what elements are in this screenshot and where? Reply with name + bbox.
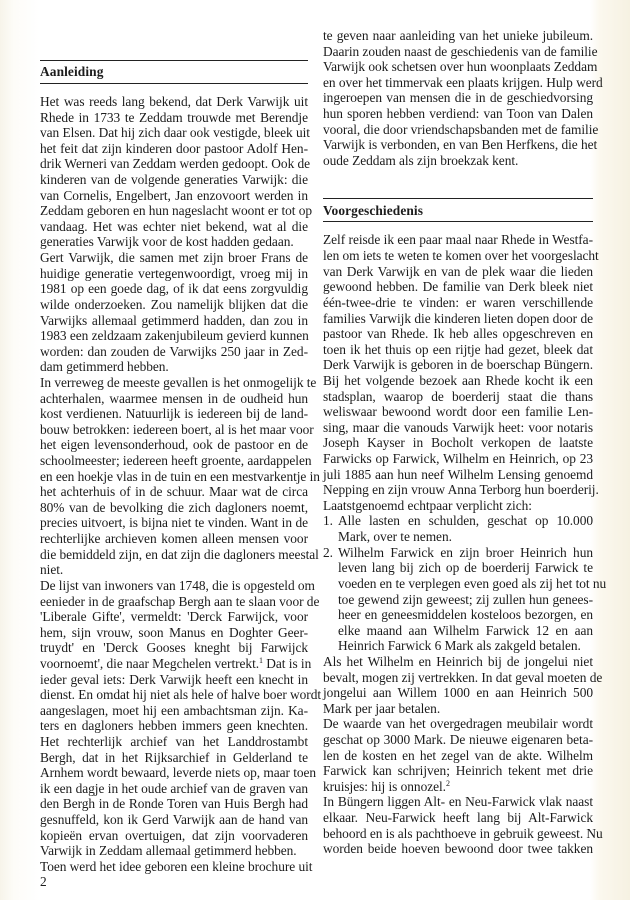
text-line: één-twee-drie te vinden: er waren versch…	[323, 295, 593, 311]
text-line: voornoemt', die naar Megchelen vertrekt.…	[40, 656, 308, 672]
paragraph-5-start: Toen werd het idee geboren een kleine br…	[40, 859, 308, 875]
paragraph-8: De waarde van het overgedragen meubilair…	[323, 716, 593, 794]
text-line: 80% van de bevolking die zich dagloners …	[40, 500, 308, 516]
text-line: Varwijk is verbonden, en van Ben Herfken…	[323, 137, 593, 153]
text-line: behoord en is als pachthoeve in gebruik …	[323, 826, 593, 842]
text-line: Bij het volgende bezoek aan Rhede kocht …	[323, 373, 593, 389]
text-line: juli 1885 aan hun neef Wilhelm Lensing g…	[323, 467, 593, 483]
text-line: Alle lasten en schulden, geschat op 10.0…	[338, 513, 593, 529]
text-line: Mark, over te nemen.	[338, 529, 593, 545]
text-line: en over het timmervak een plaats krijgen…	[323, 75, 593, 91]
text-line: kruisjes: hij is onnozel.2	[323, 779, 593, 795]
text-line: van Cornelis, Engelbert, Jan enzovoort w…	[40, 188, 308, 204]
text-line: kost verdienen. Natuurlijk is iedereen b…	[40, 406, 308, 422]
text-line: leven lang bij zich op de boerderij Farw…	[338, 560, 593, 576]
text-line: drik Werneri van Zeddam werden gedoopt. …	[40, 156, 308, 172]
text-line: bouw betrokken: iedereen boert, al is he…	[40, 422, 308, 438]
text-line: ters en dagloners hebben immers geen kne…	[40, 718, 308, 734]
paragraph-7: Als het Wilhelm en Heinrich bij de jonge…	[323, 654, 593, 716]
text-line: rechterlijke archieven komen alleen mens…	[40, 531, 308, 547]
text-line: aangeslagen, moet hij een ambachtsman zi…	[40, 703, 308, 719]
text-line: Zeddam geboren en hun nageslacht woont e…	[40, 203, 308, 219]
text-line: Het was reeds lang bekend, dat Derk Varw…	[40, 94, 308, 110]
text-line: len om iets te weten te komen over het v…	[323, 248, 593, 264]
paragraph-4: De lijst van inwoners van 1748, die is o…	[40, 578, 308, 859]
text-line: het feit dat zijn kinderen door pastoor …	[40, 141, 308, 157]
section-title: Aanleiding	[40, 64, 104, 80]
list-number: 1.	[323, 513, 333, 529]
list-number: 2.	[323, 545, 333, 561]
text-line: In Büngern liggen Alt- en Neu-Farwick vl…	[323, 794, 593, 810]
text-line: gewoond hebben. De familie van Derk blee…	[323, 279, 593, 295]
text-line: het achterhuis of in de schuur. Maar wat…	[40, 484, 308, 500]
list-item-2: 2. Wilhelm Farwick en zijn broer Heinric…	[323, 545, 593, 654]
list-item-1: 1. Alle lasten en schulden, geschat op 1…	[323, 513, 593, 544]
text-line: bevalt, mogen zij vertrekken. In dat gev…	[323, 670, 593, 686]
text-line: sing, maar die vanouds Varwijk heet: voo…	[323, 420, 593, 436]
text-line: 1981 op een goede dag, of ik dat eens zo…	[40, 281, 308, 297]
text-line: Het rechterlijk archief van het Landdros…	[40, 734, 308, 750]
text-line: generaties Varwijk voor de kost hadden g…	[40, 234, 308, 250]
text-line: vooral, die door vriendschapsbanden met …	[323, 122, 593, 138]
text-line: Varwijk in Zeddam allemaal getimmerd heb…	[40, 843, 308, 859]
text-line: kinderen van de volgende generaties Varw…	[40, 172, 308, 188]
paragraph-9: In Büngern liggen Alt- en Neu-Farwick vl…	[323, 794, 593, 856]
section-header-aanleiding: Aanleiding	[40, 60, 308, 84]
text-line: den Bergh in de Ronde Toren van Huis Ber…	[40, 796, 308, 812]
text-line: 'Liberale Gifte', vermeldt: 'Derck Farwi…	[40, 609, 308, 625]
text-line: hem, sijn vrouw, soon Manus en Doghter G…	[40, 625, 308, 641]
text-line: toe gewend zijn geweest; zij zullen hun …	[338, 592, 593, 608]
text-line: stadsplan, waarop de boerderij staat die…	[323, 389, 593, 405]
text-line: Mark per jaar betalen.	[323, 701, 593, 717]
text-line: Als het Wilhelm en Heinrich bij de jonge…	[323, 654, 593, 670]
text-line: ingeroepen van mensen die in de geschied…	[323, 90, 593, 106]
text-line: Derk Varwijk is geboren in de boerschap …	[323, 357, 593, 373]
page-number: 2	[40, 874, 308, 890]
text-line: len de kosten en het zegel van de akte. …	[323, 748, 593, 764]
text-line: De lijst van inwoners van 1748, die is o…	[40, 578, 308, 594]
section-title: Voorgeschiedenis	[323, 203, 423, 219]
text-line: Varwijks allemaal getimmerd hadden, dan …	[40, 313, 308, 329]
text-line: voeden en te verplegen even goed als zij…	[338, 576, 593, 592]
text-line: Bergh, dat in het Rijksarchief in Gelder…	[40, 750, 308, 766]
paragraph-1: Het was reeds lang bekend, dat Derk Varw…	[40, 94, 308, 250]
text-line: pastoor van Rhede. Ik heb alles opgeschr…	[323, 326, 593, 342]
text-line: dienst. En omdat hij niet als hele of ha…	[40, 687, 308, 703]
text-line: Varwijk ook schetsen over hun woonplaats…	[323, 59, 593, 75]
text-line: Heinrich Farwick 6 Mark als zakgeld beta…	[338, 638, 593, 654]
text-line: elkaar. Neu-Farwick heeft lang bij Alt-F…	[323, 810, 593, 826]
text-line: ik een dagje in het oude archief van de …	[40, 781, 308, 797]
text-line: die bemiddeld zijn, en dat zijn die dagl…	[40, 547, 308, 563]
text-line: schoolmeester; iedereen heeft groente, a…	[40, 453, 308, 469]
text-line: worden beide hoeven bewoond door twee ta…	[323, 841, 593, 857]
section-spacer	[323, 168, 593, 198]
text-line: eenieder in de graafschap Bergh aan te s…	[40, 594, 308, 610]
text-line: Arnhem wordt bewaard, leverde niets op, …	[40, 765, 308, 781]
text-line: het eigen levensonderhoud, ook de pastoo…	[40, 437, 308, 453]
text-line: van Derk Varwijk en van de plek waar die…	[323, 264, 593, 280]
left-column: Aanleiding Het was reeds lang bekend, da…	[40, 60, 308, 890]
text-line: jongelui aan Willem 1000 en aan Heinrich…	[323, 685, 593, 701]
text-line: kopieën ervan overtuigen, dat zijn voorv…	[40, 828, 308, 844]
text-line: toen ik het thuis op een rijtje had geze…	[323, 342, 593, 358]
text-line: ieder geval iets: Derk Varwijk heeft een…	[40, 672, 308, 688]
text-line: geschat op 3000 Mark. De nieuwe eigenare…	[323, 732, 593, 748]
text-line: Rhede in 1733 te Zeddam trouwde met Bere…	[40, 110, 308, 126]
text-line: huidige generatie vertegenwoordigt, vroe…	[40, 266, 308, 282]
text-line: hun sporen hebben verdiend: van Toon van…	[323, 106, 593, 122]
text-line: vandaag. Het was echter niet bekend, wat…	[40, 219, 308, 235]
text-line: Farwick kan schrijven; Heinrich tekent m…	[323, 763, 593, 779]
paragraph-2: Gert Varwijk, die samen met zijn broer F…	[40, 250, 308, 375]
section-header-voorgeschiedenis: Voorgeschiedenis	[323, 198, 593, 222]
text-line: en een hoekje vlas in de tuin en een mes…	[40, 469, 308, 485]
text-line: worden: dan zouden de Varwijks 250 jaar …	[40, 344, 308, 360]
text-line: precies uitvoert, is bijna niet te vinde…	[40, 515, 308, 531]
text-line: heer en geneesmiddelen kosteloos bezorge…	[338, 607, 593, 623]
text-line: De waarde van het overgedragen meubilair…	[323, 716, 593, 732]
text-line: In verreweg de meeste gevallen is het on…	[40, 375, 308, 391]
text-line: niet.	[40, 562, 308, 578]
text-line: Toen werd het idee geboren een kleine br…	[40, 859, 308, 875]
text-line: wilde onderzoeken. Zou namelijk blijken …	[40, 297, 308, 313]
paragraph-6: Zelf reisde ik een paar maal naar Rhede …	[323, 232, 593, 513]
paragraph-5-continued: te geven naar aanleiding van het unieke …	[323, 28, 593, 168]
text-line: te geven naar aanleiding van het unieke …	[323, 28, 593, 44]
paragraph-3: In verreweg de meeste gevallen is het on…	[40, 375, 308, 578]
right-column: te geven naar aanleiding van het unieke …	[323, 28, 593, 857]
text-line: dam getimmerd hebben.	[40, 359, 308, 375]
text-line: Gert Varwijk, die samen met zijn broer F…	[40, 250, 308, 266]
text-line: Wilhelm Farwick en zijn broer Heinrich h…	[338, 545, 593, 561]
text-line: Zelf reisde ik een paar maal naar Rhede …	[323, 232, 593, 248]
text-line: achterhalen, waarmee mensen in de oudhei…	[40, 391, 308, 407]
text-line: 1983 een zeldzaam zakenjubileum gevierd …	[40, 328, 308, 344]
text-line: families Varwijk die kinderen lieten dop…	[323, 311, 593, 327]
text-line: weliswaar bewoond wordt door een familie…	[323, 404, 593, 420]
text-line: Nepping en zijn vrouw Anna Terborg hun b…	[323, 482, 593, 498]
text-line: Daarin zouden naast de geschiedenis van …	[323, 44, 593, 60]
text-line: van Elsen. Dat hij zich daar ook vestigd…	[40, 125, 308, 141]
text-line: Joseph Kayser in Bocholt verkopen de laa…	[323, 435, 593, 451]
text-line: Farwicks op Farwick, Wilhelm en Heinrich…	[323, 451, 593, 467]
text-line: oude Zeddam als zijn broekzak kent.	[323, 153, 593, 169]
text-line: gesnuffeld, kon ik Gerd Varwijk aan de h…	[40, 812, 308, 828]
text-line: elke maand aan Wilhelm Farwick 12 en aan	[338, 623, 593, 639]
text-line: Laatstgenoemd echtpaar verplicht zich:	[323, 498, 593, 514]
text-line: truydt' en 'Derck Gooses kneght bij Farw…	[40, 640, 308, 656]
